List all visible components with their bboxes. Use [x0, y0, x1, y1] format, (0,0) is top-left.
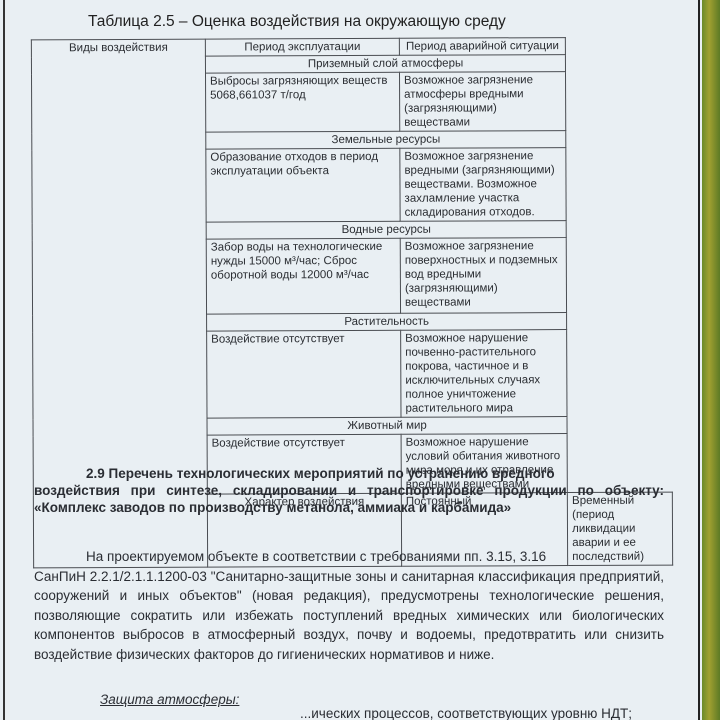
cell-emergency: Возможное загрязнение атмосферы вредными…	[399, 72, 565, 132]
cell-operation: Выбросы загрязняющих веществ 5068,661037…	[205, 72, 399, 132]
subheading-atmosphere-protection: Защита атмосферы:	[100, 692, 239, 707]
body-paragraph: На проектируемом объекте в соответствии …	[34, 547, 664, 664]
header-emergency: Период аварийной ситуации	[399, 38, 565, 56]
section-heading-fauna: Животный мир	[207, 417, 567, 436]
page-edge-left	[3, 0, 5, 720]
cell-operation: Воздействие отсутствует	[207, 330, 401, 418]
cell-emergency: Возможное загрязнение вредными (загрязня…	[400, 148, 566, 222]
section-heading-atmosphere: Приземный слой атмосферы	[205, 55, 565, 74]
header-operation: Период эксплуатации	[205, 38, 399, 56]
section-heading-line1: 2.9 Перечень технологических мероприятий…	[34, 465, 664, 482]
paragraph-rest: СанПиН 2.2.1/2.1.1.1200-03 "Санитарно-за…	[34, 567, 664, 665]
table-header-row: Виды воздействия Период эксплуатации Пер…	[31, 37, 670, 57]
cell-emergency: Возможное нарушение почвенно-растительно…	[401, 330, 568, 418]
cell-operation: Образование отходов в период эксплуатаци…	[206, 148, 400, 222]
section-heading-vegetation: Растительность	[207, 313, 567, 332]
section-heading-land: Земельные ресурсы	[206, 131, 566, 150]
cell-operation: Забор воды на технологические нужды 1500…	[206, 238, 400, 314]
paragraph-line1: На проектируемом объекте в соответствии …	[34, 547, 664, 567]
cell-emergency: Возможное загрязнение поверхностных и по…	[400, 238, 566, 314]
cut-off-line: ...ических процессов, соответствующих ур…	[300, 706, 632, 720]
section-heading: 2.9 Перечень технологических мероприятий…	[34, 465, 664, 516]
page-edge-right	[698, 0, 700, 720]
section-heading-rest: воздействия при синтезе, складировании и…	[34, 482, 664, 516]
table-title: Таблица 2.5 – Оценка воздействия на окру…	[88, 13, 506, 31]
background-green-edge	[702, 0, 720, 720]
section-heading-water: Водные ресурсы	[206, 221, 566, 240]
